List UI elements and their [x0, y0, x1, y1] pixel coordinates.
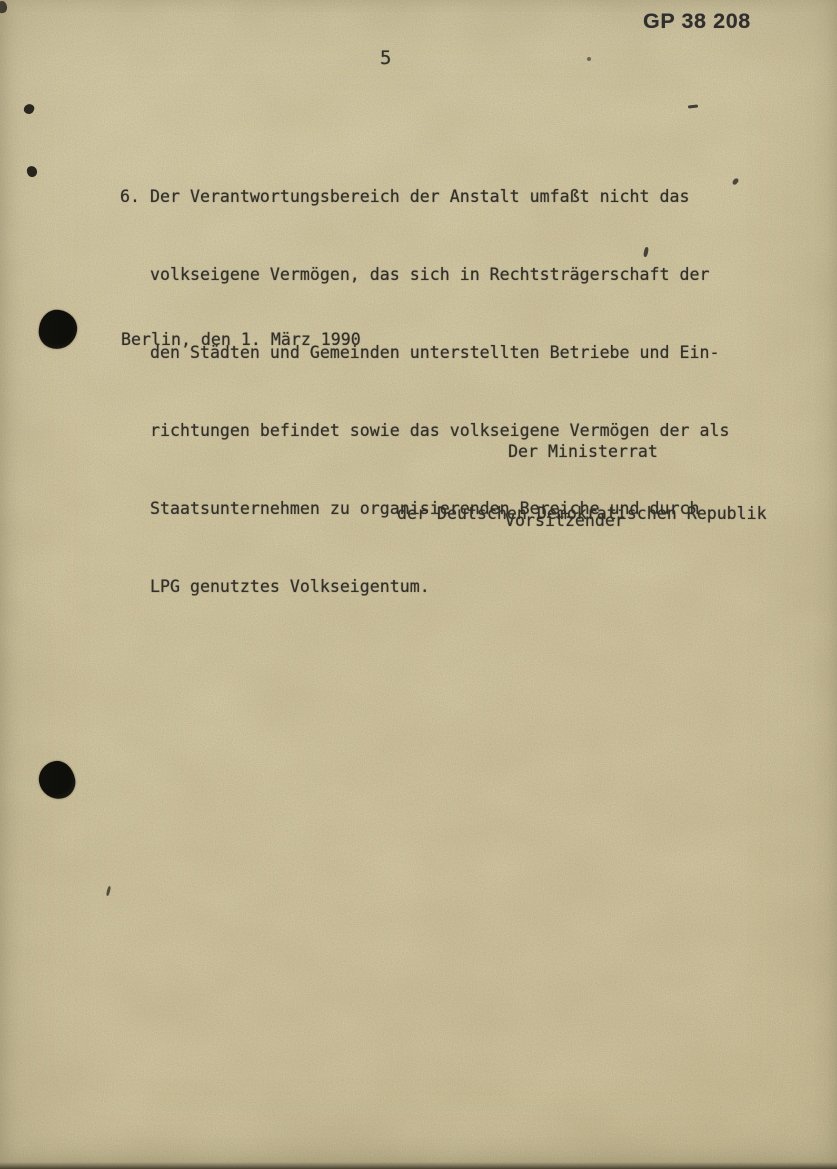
paragraph-line-text: Der Verantwortungsbereich der Anstalt um… — [150, 187, 689, 206]
ink-speck — [23, 103, 36, 116]
ink-speck — [732, 177, 739, 185]
hole-punch-bottom — [36, 758, 78, 802]
stamp-code: GP 38 208 — [643, 9, 751, 34]
signature-block: Der Ministerrat der Deutschen Demokratis… — [397, 401, 769, 565]
scan-bottom-edge — [0, 1162, 837, 1169]
ink-speck — [0, 0, 8, 13]
signature-role: Vorsitzender — [505, 511, 625, 530]
document-page: GP 38 208 5 6.Der Verantwortungsbereich … — [0, 0, 837, 1169]
paragraph-line: LPG genutztes Volkseigentum. — [150, 574, 729, 600]
paragraph-line: 6.Der Verantwortungsbereich der Anstalt … — [120, 184, 729, 210]
ink-speck — [106, 886, 111, 896]
section-number: 6. — [120, 184, 150, 210]
ink-speck — [26, 165, 39, 178]
paragraph-line: volkseigene Vermögen, das sich in Rechts… — [150, 262, 729, 288]
section-6-paragraph: 6.Der Verantwortungsbereich der Anstalt … — [120, 132, 729, 652]
signature-org-line1: Der Ministerrat — [397, 442, 769, 463]
page-number: 5 — [380, 47, 391, 69]
ink-speck — [688, 104, 698, 108]
hole-punch-top — [36, 308, 79, 352]
dateline: Berlin, den 1. März 1990 — [121, 330, 361, 349]
ink-speck — [587, 57, 591, 61]
